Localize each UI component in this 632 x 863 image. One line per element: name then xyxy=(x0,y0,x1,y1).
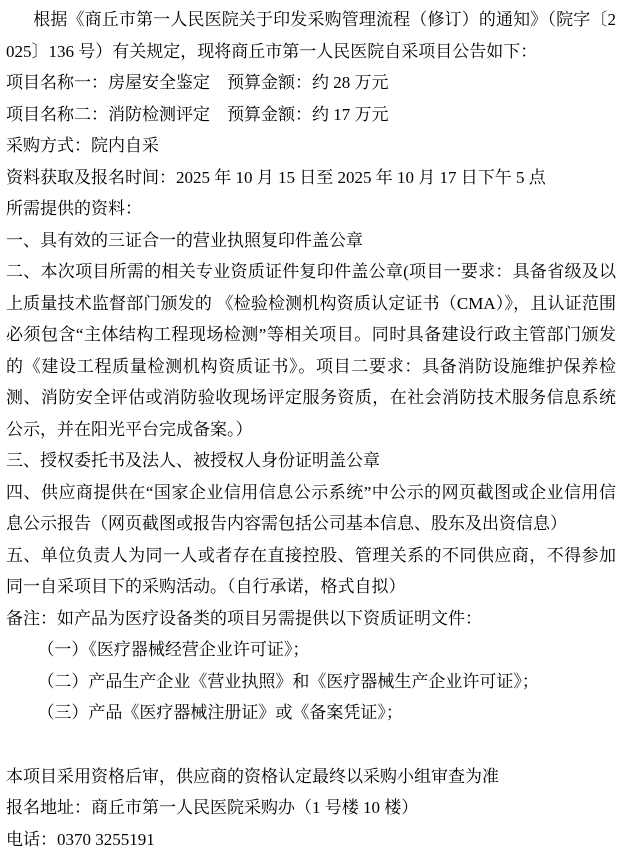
document-page: 根据《商丘市第一人民医院关于印发采购管理流程（修订）的通知》（院字〔2025〕1… xyxy=(0,0,632,863)
paragraph: （二）产品生产企业《营业执照》和《医疗器械生产企业许可证》； xyxy=(6,666,616,698)
paragraph: 备注：如产品为医疗设备类的项目另需提供以下资质证明文件： xyxy=(6,603,616,635)
paragraph: （三）产品《医疗器械注册证》或《备案凭证》； xyxy=(6,697,616,729)
paragraph: 项目名称二：消防检测评定 预算金额：约 17 万元 xyxy=(6,99,616,131)
paragraph: 三、授权委托书及法人、被授权人身份证明盖公章 xyxy=(6,445,616,477)
paragraph: 所需提供的资料： xyxy=(6,193,616,225)
paragraph: 电话：0370 3255191 xyxy=(6,824,616,856)
paragraph: 五、单位负责人为同一人或者存在直接控股、管理关系的不同供应商，不得参加同一自采项… xyxy=(6,540,616,603)
paragraph: 采购方式：院内自采 xyxy=(6,130,616,162)
paragraph: 四、供应商提供在“国家企业信用信息公示系统”中公示的网页截图或企业信用信息公示报… xyxy=(6,477,616,540)
paragraph: 资料获取及报名时间：2025 年 10 月 15 日至 2025 年 10 月 … xyxy=(6,162,616,194)
paragraph: 本项目采用资格后审，供应商的资格认定最终以采购小组审查为准 xyxy=(6,761,616,793)
paragraph: 报名地址：商丘市第一人民医院采购办（1 号楼 10 楼） xyxy=(6,792,616,824)
document-body: 根据《商丘市第一人民医院关于印发采购管理流程（修订）的通知》（院字〔2025〕1… xyxy=(6,4,616,855)
paragraph: 一、具有效的三证合一的营业执照复印件盖公章 xyxy=(6,225,616,257)
paragraph: 项目名称一：房屋安全鉴定 预算金额：约 28 万元 xyxy=(6,67,616,99)
paragraph: （一）《医疗器械经营企业许可证》； xyxy=(6,634,616,666)
paragraph: 二、本次项目所需的相关专业资质证件复印件盖公章(项目一要求：具备省级及以上质量技… xyxy=(6,256,616,445)
paragraph: 根据《商丘市第一人民医院关于印发采购管理流程（修订）的通知》（院字〔2025〕1… xyxy=(6,4,616,67)
